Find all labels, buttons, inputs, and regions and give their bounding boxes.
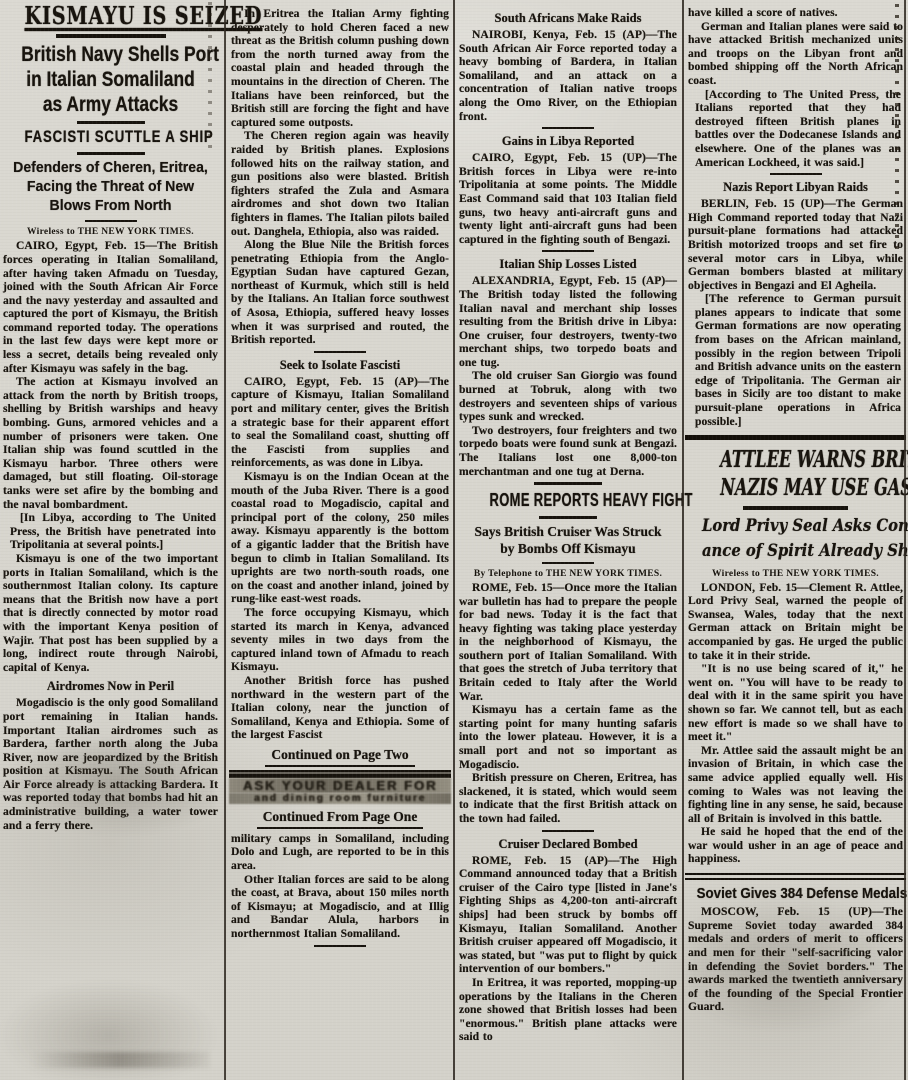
separator-rule (77, 121, 145, 124)
section-subhead: Nazis Report Libyan Raids (688, 180, 903, 195)
bracket-paragraph: [In Libya, according to The United Press… (3, 511, 218, 552)
ad-smeared-text: and dining room furniture (229, 793, 451, 804)
body-paragraph: ALEXANDRIA, Egypt, Feb. 15 (AP)—The Brit… (459, 274, 677, 369)
separator-rule (77, 152, 145, 155)
separator-rule (56, 34, 166, 38)
body-paragraph: The old cruiser San Giorgio was found bu… (459, 369, 677, 423)
byline: By Telephone to THE NEW YORK TIMES. (459, 569, 677, 579)
separator-rule (539, 516, 597, 519)
ad-smeared-text: ASK YOUR DEALER FOR (229, 778, 451, 793)
section-subhead: South Africans Make Raids (459, 11, 677, 26)
news-column-4: have killed a score of natives.German an… (688, 0, 903, 1014)
body-paragraph: BERLIN, Feb. 15 (UP)—The German High Com… (688, 197, 903, 292)
body-paragraph: British pressure on Cheren, Eritrea, has… (459, 771, 677, 825)
separator-rule (770, 173, 822, 175)
body-paragraph: Along the Blue Nile the British forces p… (231, 238, 449, 347)
brief-headline: Soviet Gives 384 Defense Medals (697, 885, 895, 903)
section-subhead: Airdromes Now in Peril (3, 679, 218, 694)
column-divider (682, 0, 684, 1080)
ad-stripes (229, 770, 451, 778)
body-paragraph: The force occupying Kismayu, which start… (231, 606, 449, 674)
sub-deck-headline: Defenders of Cheren, Eritrea,Facing the … (6, 159, 215, 216)
body-paragraph: Mogadiscio is the only good Somaliland p… (3, 696, 218, 832)
separator-rule (534, 482, 602, 485)
body-paragraph: He said he hoped that the end of the war… (688, 825, 903, 866)
body-paragraph: CAIRO, Egypt, Feb. 15 (AP)—The capture o… (231, 375, 449, 470)
body-paragraph: Kismayu is one of the two important port… (3, 552, 218, 674)
separator-rule (542, 127, 594, 129)
ad-remnant-bar: ASK YOUR DEALER FORand dining room furni… (229, 770, 451, 804)
column-divider (224, 0, 226, 1080)
scan-smudge (30, 1052, 210, 1068)
body-paragraph: LONDON, Feb. 15—Clement R. Attlee, Lord … (688, 581, 903, 663)
body-paragraph: Kismayu is on the Indian Ocean at the mo… (231, 470, 449, 606)
body-paragraph: "It is no use being scared of it," he we… (688, 662, 903, 744)
body-paragraph: German and Italian planes were said to h… (688, 20, 903, 88)
caps-headline: FASCISTI SCUTTLE A SHIP (25, 128, 197, 148)
deck-headline: British Navy Shells Portin Italian Somal… (21, 42, 199, 118)
continued-notice: Continued on Page Two (231, 747, 449, 767)
section-subhead: Gains in Libya Reported (459, 134, 677, 149)
body-paragraph: CAIRO, Egypt, Feb. 15—The British forces… (3, 239, 218, 375)
body-paragraph: Two destroyers, four freighters and two … (459, 424, 677, 478)
body-paragraph: In Eritrea the Italian Army fighting des… (231, 7, 449, 129)
byline: Wireless to THE NEW YORK TIMES. (3, 227, 218, 237)
separator-rule (314, 351, 366, 353)
section-subhead: Seek to Isolate Fascisti (231, 358, 449, 373)
story-headline: ROME REPORTS HEAVY FIGHT (490, 490, 647, 512)
byline: Wireless to THE NEW YORK TIMES. (688, 569, 903, 579)
body-paragraph: military camps in Somaliland, including … (231, 832, 449, 873)
body-paragraph: Mr. Attlee said the assault might be an … (688, 744, 903, 826)
body-paragraph: MOSCOW, Feb. 15 (UP)—The Supreme Soviet … (688, 905, 903, 1014)
separator-rule (85, 220, 137, 222)
body-paragraph: In Eritrea, it was reported, mopping-up … (459, 976, 677, 1044)
column-divider (453, 0, 455, 1080)
separator-rule (314, 945, 366, 947)
body-paragraph: The Cheren region again was heavily raid… (231, 129, 449, 238)
scan-smudge (0, 980, 216, 1080)
bracket-paragraph: [The reference to German pursuit planes … (688, 292, 903, 428)
separator-rule (542, 250, 594, 252)
body-paragraph: have killed a score of natives. (688, 6, 903, 20)
news-column-2: In Eritrea the Italian Army fighting des… (231, 0, 449, 951)
body-paragraph: Kismayu has a certain fame as the starti… (459, 703, 677, 771)
separator-rule (542, 562, 594, 564)
italic-subhead: Lord Privy Seal Asks Continu-ance of Spi… (702, 514, 889, 563)
body-paragraph: NAIROBI, Kenya, Feb. 15 (AP)—The South A… (459, 28, 677, 123)
bracket-paragraph: [According to The United Press, the Ital… (688, 88, 903, 170)
double-rule (685, 873, 906, 880)
continued-notice: Continued From Page One (231, 809, 449, 829)
story-subhead: Says British Cruiser Was Struckby Bombs … (459, 523, 677, 558)
news-column-3: South Africans Make RaidsNAIROBI, Kenya,… (459, 0, 677, 1044)
body-paragraph: ROME, Feb. 15—Once more the Italian war … (459, 581, 677, 703)
thick-rule (685, 435, 906, 440)
column-divider (904, 0, 906, 1080)
body-paragraph: Other Italian forces are said to be alon… (231, 873, 449, 941)
section-subhead: Italian Ship Losses Listed (459, 257, 677, 272)
main-headline: KISMAYU IS SEIZED (25, 2, 197, 30)
body-paragraph: Another British force has pushed northwa… (231, 674, 449, 742)
separator-rule (542, 830, 594, 832)
separator-rule (743, 506, 848, 510)
body-paragraph: ROME, Feb. 15 (AP)—The High Command anno… (459, 854, 677, 976)
news-column-1: KISMAYU IS SEIZEDBritish Navy Shells Por… (3, 0, 218, 832)
newspaper-page: KISMAYU IS SEIZEDBritish Navy Shells Por… (0, 0, 908, 1080)
body-paragraph: CAIRO, Egypt, Feb. 15 (UP)—The British f… (459, 151, 677, 246)
body-paragraph: The action at Kismayu involved an attack… (3, 375, 218, 511)
section-subhead: Cruiser Declared Bombed (459, 837, 677, 852)
banner-headline: ATTLEE WARNS BRITAINNAZIS MAY USE GAS (720, 446, 871, 502)
